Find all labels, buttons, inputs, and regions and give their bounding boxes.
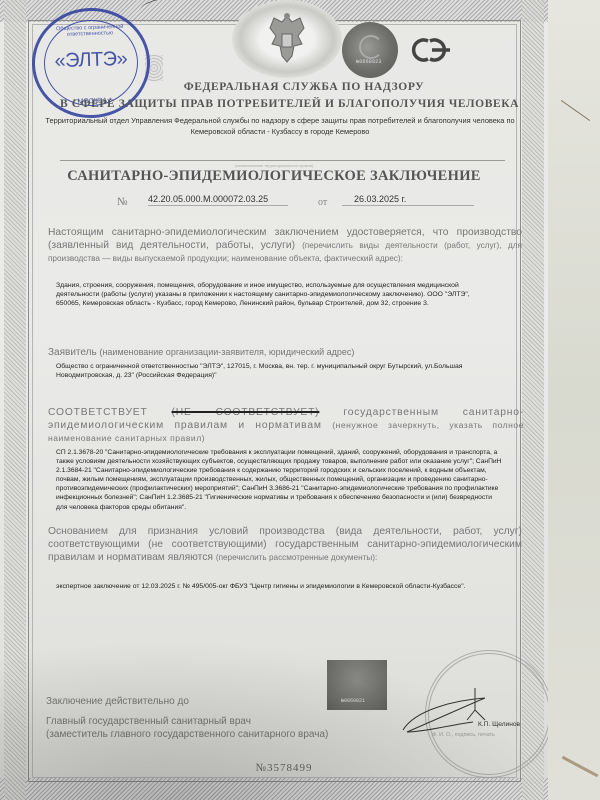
date-label: от — [318, 197, 327, 208]
applicant-hint: (наименование организации-заявителя, юри… — [99, 347, 354, 357]
document-title: САНИТАРНО-ЭПИДЕМИОЛОГИЧЕСКОЕ ЗАКЛЮЧЕНИЕ — [0, 168, 548, 185]
inner-frame — [32, 24, 517, 778]
signer-name: К.П. Щелинов — [478, 721, 520, 728]
signer-caption: Ф. И. О., подпись, печать — [432, 732, 495, 738]
applicant-label-row: Заявитель (наименование организации-заяв… — [48, 347, 354, 358]
complies-text: СООТВЕТСТВУЕТ — [48, 407, 148, 418]
hologram-number: №0668823 — [356, 59, 382, 65]
hologram-spiral-icon — [359, 35, 383, 59]
chief-doctor-line-2: (заместитель главного государственного с… — [46, 729, 328, 740]
basis-paragraph: Основанием для признания условий произво… — [48, 525, 522, 564]
number-label: № — [117, 196, 128, 208]
applicant-label: Заявитель — [48, 347, 97, 358]
agency-name-line-1: ФЕДЕРАЛЬНАЯ СЛУЖБА ПО НАДЗОРУ — [0, 81, 548, 93]
document-date: 26.03.2025 г. — [342, 194, 474, 206]
table-background — [548, 0, 600, 800]
document-number-row: № 42.20.05.000.М.000072.03.25 от 26.03.2… — [0, 194, 548, 214]
compliance-paragraph: СООТВЕТСТВУЕТ (НЕ СООТВЕТСТВУЕТ) государ… — [48, 406, 524, 445]
coat-of-arms-emblem — [232, 0, 342, 78]
basis-hint: (перечислить рассмотренные документы): — [216, 553, 377, 562]
valid-until-label: Заключение действительно до — [46, 696, 189, 707]
stamp-ring-text: Общество с ограниченной ответственностью — [34, 23, 146, 39]
applicant-value: Общество с ограниченной ответственностью… — [56, 362, 506, 380]
intro-paragraph: Настоящим санитарно-эпидемиологическим з… — [48, 226, 522, 265]
object-description: Здания, строения, сооружения, помещения,… — [56, 281, 496, 308]
sanitary-rules-list: СП 2.1.3678-20 "Санитарно-эпидемиологиче… — [56, 448, 504, 512]
hologram-seal: №0668823 — [342, 22, 398, 78]
basis-documents: экспертное заключение от 12.03.2025 г. №… — [56, 582, 506, 591]
guilloche-border-left — [4, 0, 26, 800]
divider-line — [60, 160, 505, 161]
territorial-body: Территориальный отдел Управления Федерал… — [40, 116, 520, 137]
se-mark-logo-icon — [406, 35, 458, 65]
document-number: 42.20.05.000.М.000072.03.25 — [148, 194, 288, 206]
chief-doctor-line-1: Главный государственный санитарный врач — [46, 716, 251, 727]
hologram-sticker-number: №0069821 — [341, 698, 365, 704]
double-headed-eagle-icon — [262, 10, 312, 68]
form-serial-number: №3578499 — [0, 762, 548, 774]
struck-not-complies: (НЕ СООТВЕТСТВУЕТ) — [172, 407, 320, 418]
stamp-center-text: «ЭЛТЭ» — [35, 47, 148, 74]
agency-name-line-2: В СФЕРЕ ЗАЩИТЫ ПРАВ ПОТРЕБИТЕЛЕЙ И БЛАГО… — [60, 98, 530, 110]
signature-icon — [395, 680, 505, 740]
hologram-sticker: №0069821 — [327, 660, 387, 710]
certificate-sheet: №0668823 Общество с ограниченной ответст… — [0, 0, 548, 800]
